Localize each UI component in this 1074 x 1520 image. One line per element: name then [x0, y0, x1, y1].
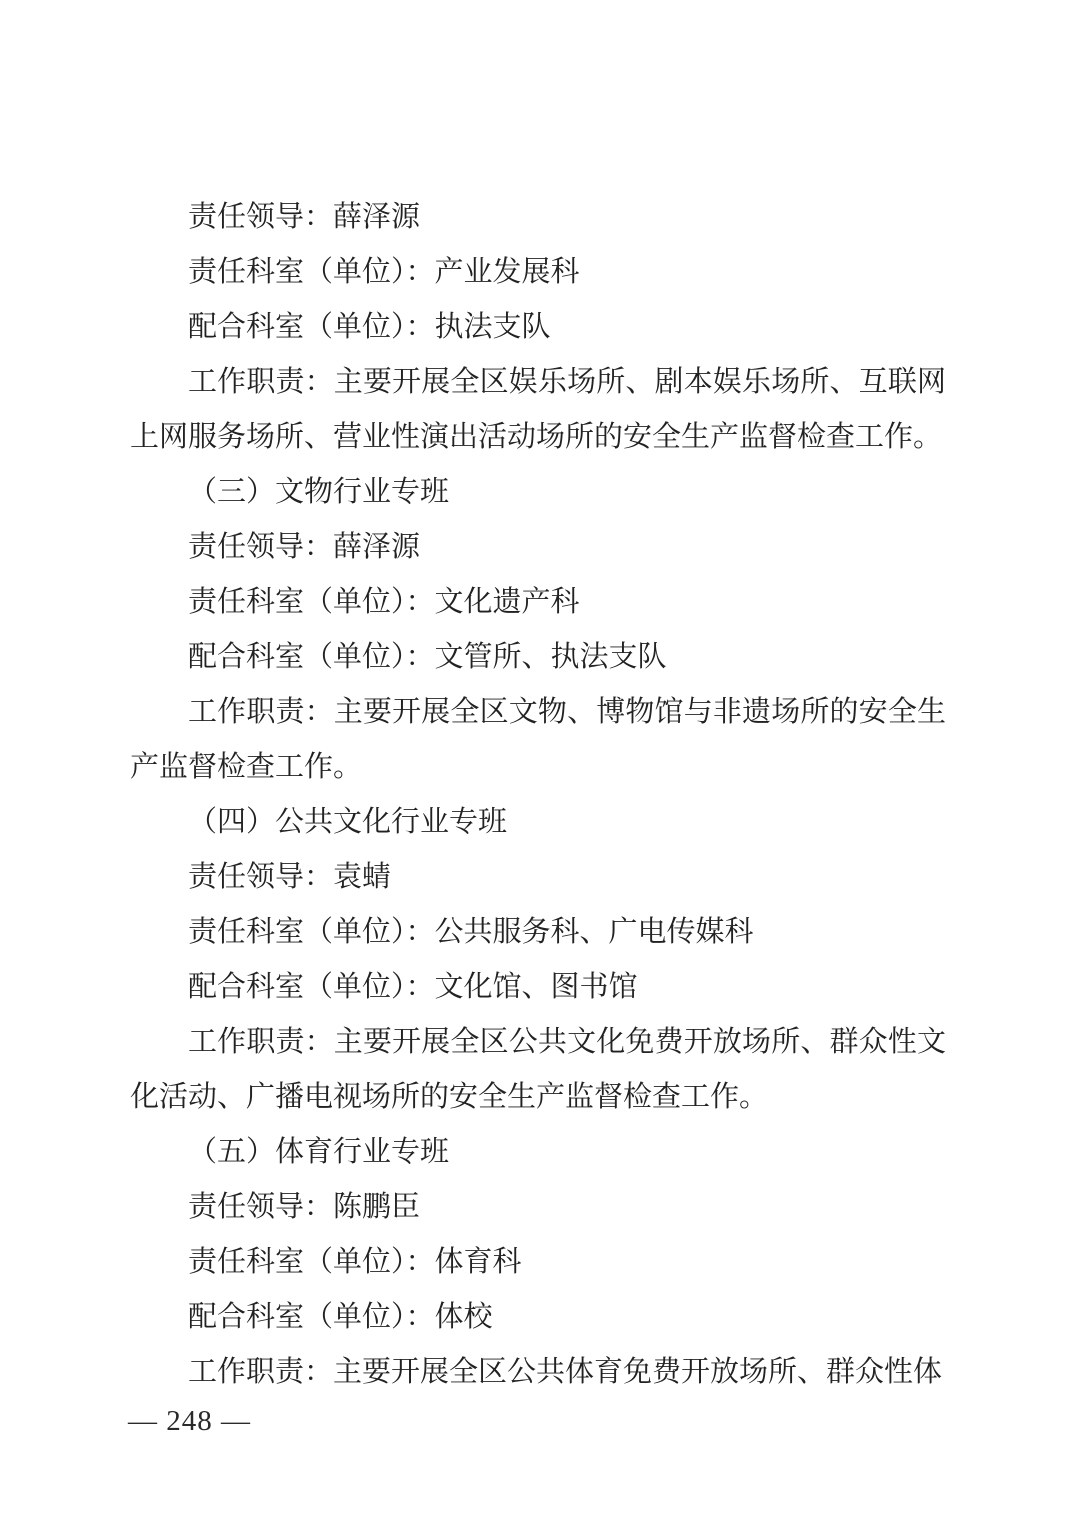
- line-work-duties: 工作职责：主要开展全区文物、博物馆与非遗场所的安全生产监督检查工作。: [130, 685, 946, 795]
- line-responsible-leader: 责任领导：陈鹏臣: [130, 1180, 946, 1235]
- line-responsible-leader: 责任领导：薛泽源: [130, 190, 946, 245]
- line-responsible-dept: 责任科室（单位）：体育科: [130, 1235, 946, 1290]
- document-body: 责任领导：薛泽源 责任科室（单位）：产业发展科 配合科室（单位）：执法支队 工作…: [130, 190, 946, 1400]
- line-responsible-leader: 责任领导：薛泽源: [130, 520, 946, 575]
- section-heading-sports: （五）体育行业专班: [130, 1125, 946, 1180]
- section-heading-public-culture: （四）公共文化行业专班: [130, 795, 946, 850]
- line-responsible-leader: 责任领导：袁蜻: [130, 850, 946, 905]
- line-responsible-dept: 责任科室（单位）：公共服务科、广电传媒科: [130, 905, 946, 960]
- section-heading-cultural-relics: （三）文物行业专班: [130, 465, 946, 520]
- line-work-duties: 工作职责：主要开展全区公共体育免费开放场所、群众性体: [130, 1345, 946, 1400]
- line-cooperating-dept: 配合科室（单位）：体校: [130, 1290, 946, 1345]
- page-footer: — 248 —: [128, 1403, 251, 1439]
- line-responsible-dept: 责任科室（单位）：文化遗产科: [130, 575, 946, 630]
- line-work-duties: 工作职责：主要开展全区娱乐场所、剧本娱乐场所、互联网上网服务场所、营业性演出活动…: [130, 355, 946, 465]
- line-cooperating-dept: 配合科室（单位）：文管所、执法支队: [130, 630, 946, 685]
- line-responsible-dept: 责任科室（单位）：产业发展科: [130, 245, 946, 300]
- page-number: — 248 —: [128, 1405, 251, 1437]
- line-cooperating-dept: 配合科室（单位）：文化馆、图书馆: [130, 960, 946, 1015]
- document-page: 责任领导：薛泽源 责任科室（单位）：产业发展科 配合科室（单位）：执法支队 工作…: [0, 0, 1074, 1520]
- line-cooperating-dept: 配合科室（单位）：执法支队: [130, 300, 946, 355]
- line-work-duties: 工作职责：主要开展全区公共文化免费开放场所、群众性文化活动、广播电视场所的安全生…: [130, 1015, 946, 1125]
